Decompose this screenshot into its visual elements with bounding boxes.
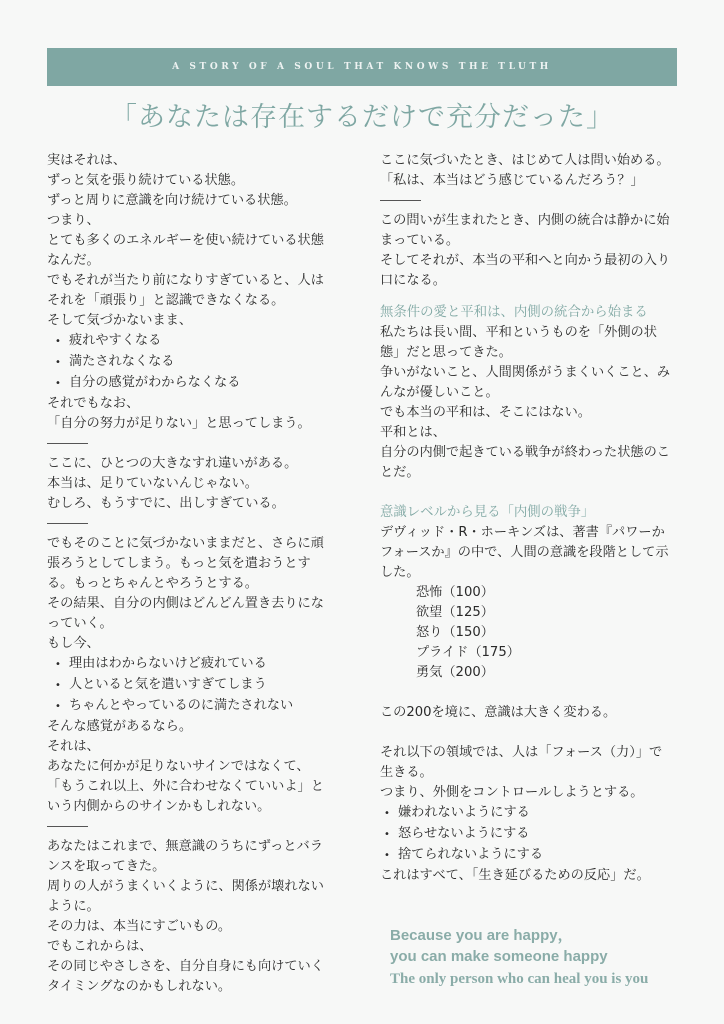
- text-line: 平和とは、: [380, 423, 700, 443]
- paragraph: ここに気づいたとき、はじめて人は問い始める。「私は、本当はどう感じているんだろう…: [380, 151, 700, 191]
- paragraph: この200を境に、意識は大きく変わる。: [380, 703, 700, 723]
- divider: [380, 200, 421, 201]
- bullet-icon: •: [55, 697, 69, 717]
- text-line: あなたはこれまで、無意識のうちにずっとバラ: [47, 837, 367, 857]
- text-line: 態」だと思ってきた。: [380, 343, 700, 363]
- bullet-item: •人といると気を遣いすぎてしまう: [47, 675, 367, 696]
- paragraph: それでもなお、「自分の努力が足りない」と思ってしまう。: [47, 394, 367, 434]
- text-line: ずっと周りに意識を向け続けている状態。: [47, 191, 367, 211]
- text-line: 争いがないこと、人間関係がうまくいくこと、み: [380, 363, 700, 383]
- text-line: それを「頑張り」と認識できなくなる。: [47, 291, 367, 311]
- text-line: そんな感覚があるなら。: [47, 717, 367, 737]
- text-line: この200を境に、意識は大きく変わる。: [380, 703, 700, 723]
- paragraph: ここに、ひとつの大きなすれ違いがある。本当は、足りていないんじゃない。むしろ、も…: [47, 454, 367, 514]
- bullet-item: •疲れやすくなる: [47, 331, 367, 352]
- text-line: 「私は、本当はどう感じているんだろう？」: [380, 171, 700, 191]
- text-line: その同じやさしさを、自分自身にも向けていく: [47, 957, 367, 977]
- text-line: いう内側からのサインかもしれない。: [47, 797, 367, 817]
- bullet-item: •自分の感覚がわからなくなる: [47, 373, 367, 394]
- text-line: ここに、ひとつの大きなすれ違いがある。: [47, 454, 367, 474]
- paragraph: 実はそれは、ずっと気を張り続けている状態。ずっと周りに意識を向け続けている状態。…: [47, 151, 367, 331]
- text-line: 「自分の努力が足りない」と思ってしまう。: [47, 414, 367, 434]
- bullet-icon: •: [384, 804, 398, 824]
- bullet-icon: •: [55, 332, 69, 352]
- paragraph: そんな感覚があるなら。それは、あなたに何かが足りないサインではなくて、「もうこれ…: [47, 717, 367, 817]
- text-line: 口になる。: [380, 271, 700, 291]
- page-title: 「あなたは存在するだけで充分だった」: [0, 95, 724, 134]
- bullet-item: •満たされなくなる: [47, 352, 367, 373]
- bullet-text: 満たされなくなる: [69, 354, 175, 369]
- text-line: る。もっとちゃんとやろうとする。: [47, 574, 367, 594]
- bullet-text: 自分の感覚がわからなくなる: [69, 375, 240, 390]
- text-line: その力は、本当にすごいもの。: [47, 917, 367, 937]
- paragraph: 私たちは長い間、平和というものを「外側の状態」だと思ってきた。争いがないこと、人…: [380, 323, 700, 483]
- bullet-text: 捨てられないようにする: [398, 847, 543, 862]
- text-line: 欲望（125）: [416, 603, 700, 623]
- right-column: ここに気づいたとき、はじめて人は問い始める。「私は、本当はどう感じているんだろう…: [380, 151, 700, 886]
- text-line: 勇気（200）: [416, 663, 700, 683]
- bullet-icon: •: [384, 846, 398, 866]
- consciousness-levels: 恐怖（100）欲望（125）怒り（150）プライド（175）勇気（200）: [380, 583, 700, 683]
- text-line: この問いが生まれたとき、内側の統合は静かに始: [380, 211, 700, 231]
- quote-line-2: you can make someone happy: [390, 946, 648, 967]
- paragraph: あなたはこれまで、無意識のうちにずっとバランスを取ってきた。周りの人がうまくいく…: [47, 837, 367, 997]
- text-line: むしろ、もうすでに、出しすぎている。: [47, 494, 367, 514]
- text-line: でもそれが当たり前になりすぎていると、人は: [47, 271, 367, 291]
- text-line: ンスを取ってきた。: [47, 857, 367, 877]
- bullet-list: •疲れやすくなる•満たされなくなる•自分の感覚がわからなくなる: [47, 331, 367, 394]
- bullet-icon: •: [384, 825, 398, 845]
- bullet-list: •嫌われないようにする•怒らせないようにする•捨てられないようにする: [376, 803, 700, 866]
- text-line: まっている。: [380, 231, 700, 251]
- text-line: 実はそれは、: [47, 151, 367, 171]
- bullet-icon: •: [55, 655, 69, 675]
- bullet-icon: •: [55, 676, 69, 696]
- paragraph: この問いが生まれたとき、内側の統合は静かに始まっている。そしてそれが、本当の平和…: [380, 211, 700, 291]
- header-banner: A STORY OF A SOUL THAT KNOWS THE TLUTH: [47, 48, 677, 86]
- divider: [47, 523, 88, 524]
- paragraph: でもそのことに気づかないままだと、さらに頑張ろうとしてしまう。もっと気を遣おうと…: [47, 534, 367, 654]
- text-line: でもそのことに気づかないままだと、さらに頑: [47, 534, 367, 554]
- left-column: 実はそれは、ずっと気を張り続けている状態。ずっと周りに意識を向け続けている状態。…: [47, 151, 367, 997]
- bullet-item: •嫌われないようにする: [376, 803, 700, 824]
- text-line: とても多くのエネルギーを使い続けている状態: [47, 231, 367, 251]
- divider: [47, 826, 88, 827]
- text-line: っていく。: [47, 614, 367, 634]
- quote-line-1: Because you are happy，: [390, 925, 648, 946]
- text-line: つまり、外側をコントロールしようとする。: [380, 783, 700, 803]
- text-line: でもこれからは、: [47, 937, 367, 957]
- bullet-item: •捨てられないようにする: [376, 845, 700, 866]
- text-line: あなたに何かが足りないサインではなくて、: [47, 757, 367, 777]
- bullet-text: 人といると気を遣いすぎてしまう: [69, 677, 267, 692]
- bullet-icon: •: [55, 374, 69, 394]
- text-line: そしてそれが、本当の平和へと向かう最初の入り: [380, 251, 700, 271]
- paragraph: これはすべて、「生き延びるための反応」だ。: [380, 866, 700, 886]
- text-line: なんだ。: [47, 251, 367, 271]
- spacer: [380, 723, 700, 743]
- paragraph: デヴィッド・R・ホーキンズは、著書『パワーかフォースか』の中で、人間の意識を段階…: [380, 523, 700, 583]
- text-line: それは、: [47, 737, 367, 757]
- bullet-text: ちゃんとやっているのに満たされない: [69, 698, 293, 713]
- text-line: タイミングなのかもしれない。: [47, 977, 367, 997]
- text-line: ここに気づいたとき、はじめて人は問い始める。: [380, 151, 700, 171]
- text-line: プライド（175）: [416, 643, 700, 663]
- text-line: つまり、: [47, 211, 367, 231]
- text-line: ずっと気を張り続けている状態。: [47, 171, 367, 191]
- text-line: 張ろうとしてしまう。もっと気を遣おうとす: [47, 554, 367, 574]
- paragraph: それ以下の領域では、人は「フォース（力）」で生きる。つまり、外側をコントロールし…: [380, 743, 700, 803]
- text-line: フォースか』の中で、人間の意識を段階として示: [380, 543, 700, 563]
- text-line: デヴィッド・R・ホーキンズは、著書『パワーか: [380, 523, 700, 543]
- closing-quote: Because you are happy， you can make some…: [390, 925, 648, 991]
- text-line: これはすべて、「生き延びるための反応」だ。: [380, 866, 700, 886]
- text-line: 周りの人がうまくいくように、関係が壊れない: [47, 877, 367, 897]
- text-line: 自分の内側で起きている戦争が終わった状態のこ: [380, 443, 700, 463]
- bullet-item: •怒らせないようにする: [376, 824, 700, 845]
- text-line: 「もうこれ以上、外に合わせなくていいよ」と: [47, 777, 367, 797]
- bullet-text: 理由はわからないけど疲れている: [69, 656, 267, 671]
- text-line: 恐怖（100）: [416, 583, 700, 603]
- bullet-item: •ちゃんとやっているのに満たされない: [47, 696, 367, 717]
- banner-text: A STORY OF A SOUL THAT KNOWS THE TLUTH: [172, 62, 552, 72]
- bullet-icon: •: [55, 353, 69, 373]
- text-line: んなが優しいこと。: [380, 383, 700, 403]
- text-line: そして気づかないまま、: [47, 311, 367, 331]
- spacer: [380, 683, 700, 703]
- bullet-item: •理由はわからないけど疲れている: [47, 654, 367, 675]
- text-line: 本当は、足りていないんじゃない。: [47, 474, 367, 494]
- text-line: ように。: [47, 897, 367, 917]
- bullet-text: 怒らせないようにする: [398, 826, 529, 841]
- section-heading: 無条件の愛と平和は、内側の統合から始まる: [380, 303, 700, 323]
- bullet-text: 疲れやすくなる: [69, 333, 161, 348]
- quote-line-3: The only person who can heal you is you: [390, 967, 648, 991]
- text-line: した。: [380, 563, 700, 583]
- text-line: とだ。: [380, 463, 700, 483]
- text-line: もし今、: [47, 634, 367, 654]
- text-line: その結果、自分の内側はどんどん置き去りにな: [47, 594, 367, 614]
- text-line: でも本当の平和は、そこにはない。: [380, 403, 700, 423]
- bullet-text: 嫌われないようにする: [398, 805, 530, 820]
- divider: [47, 443, 88, 444]
- text-line: 生きる。: [380, 763, 700, 783]
- text-line: それでもなお、: [47, 394, 367, 414]
- section-heading: 意識レベルから見る「内側の戦争」: [380, 503, 700, 523]
- text-line: 怒り（150）: [416, 623, 700, 643]
- text-line: それ以下の領域では、人は「フォース（力）」で: [380, 743, 700, 763]
- bullet-list: •理由はわからないけど疲れている•人といると気を遣いすぎてしまう•ちゃんとやって…: [47, 654, 367, 717]
- text-line: 私たちは長い間、平和というものを「外側の状: [380, 323, 700, 343]
